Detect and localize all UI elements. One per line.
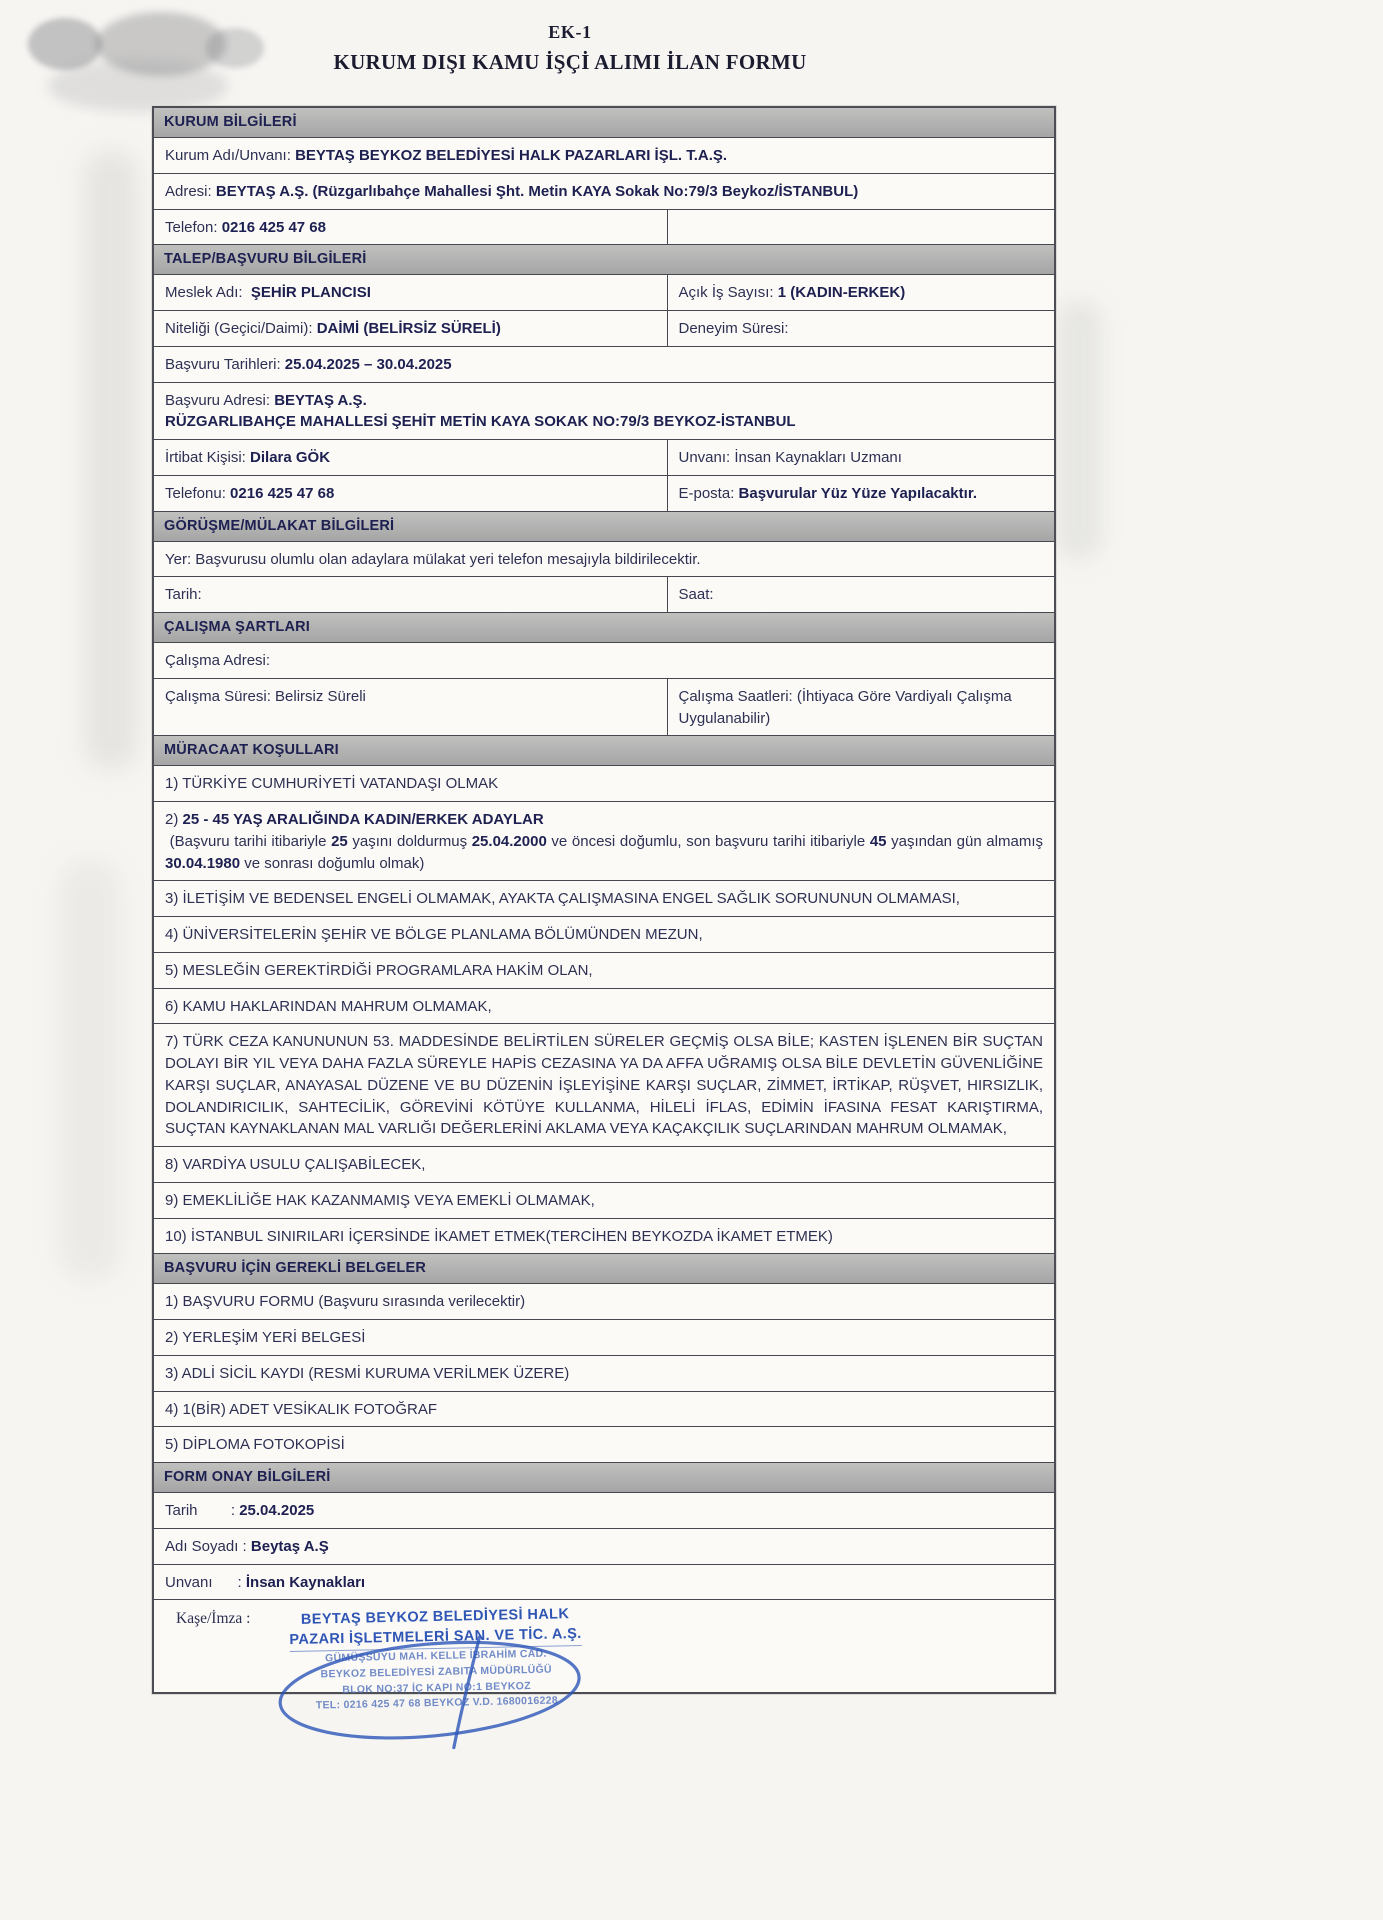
text-segment: ve sonrası doğumlu olmak) [240, 855, 424, 872]
text-segment: Başvurular Yüz Yüze Yapılacaktır. [739, 485, 977, 502]
form-cell: Çalışma Süresi: Belirsiz Süreli [154, 679, 667, 736]
row-calisma-adresi: Çalışma Adresi: [154, 642, 1054, 678]
form-cell: Unvanı: İnsan Kaynakları Uzmanı [667, 440, 1055, 475]
form-cell: 5) MESLEĞİN GEREKTİRDİĞİ PROGRAMLARA HAK… [154, 953, 1054, 988]
form-cell: Adı Soyadı : Beytaş A.Ş [154, 1529, 1054, 1564]
text-segment: İnsan Kaynakları [246, 1574, 365, 1591]
row-telefon: Telefon: 0216 425 47 68 [154, 209, 1054, 245]
form-cell: 4) 1(BİR) ADET VESİKALIK FOTOĞRAF [154, 1392, 1054, 1427]
text-segment: Unvanı : [165, 1574, 246, 1591]
form-cell: Başvuru Tarihleri: 25.04.2025 – 30.04.20… [154, 347, 1054, 382]
text-segment: Telefon: [165, 219, 222, 236]
row-kosul-7: 7) TÜRK CEZA KANUNUNUN 53. MADDESİNDE BE… [154, 1023, 1054, 1146]
text-segment: Telefonu: [165, 485, 230, 502]
row-onay-unvani: Unvanı : İnsan Kaynakları [154, 1564, 1054, 1600]
text-segment: 0216 425 47 68 [222, 219, 326, 236]
form-cell: Yer: Başvurusu olumlu olan adaylara müla… [154, 542, 1054, 577]
scan-artifact [60, 860, 120, 1280]
text-segment: Açık İş Sayısı: [679, 284, 778, 301]
row-kosul-1: 1) TÜRKİYE CUMHURİYETİ VATANDAŞI OLMAK [154, 765, 1054, 801]
header-form-onay: FORM ONAY BİLGİLERİ [154, 1462, 1054, 1492]
form-cell: Tarih : 25.04.2025 [154, 1493, 1054, 1528]
form-cell: TALEP/BAŞVURU BİLGİLERİ [154, 245, 1054, 274]
text-segment: E-posta: [679, 485, 739, 502]
form-cell: İrtibat Kişisi: Dilara GÖK [154, 440, 667, 475]
text-segment: BEYTAŞ BEYKOZ BELEDİYESİ HALK PAZARLARI … [295, 147, 727, 164]
text-segment: ŞEHİR PLANCISI [251, 284, 371, 301]
text-segment: MÜRACAAT KOŞULLARI [164, 742, 339, 758]
row-belge-3: 3) ADLİ SİCİL KAYDI (RESMİ KURUMA VERİLM… [154, 1355, 1054, 1391]
text-segment: 1) TÜRKİYE CUMHURİYETİ VATANDAŞI OLMAK [165, 775, 498, 792]
text-segment: 9) EMEKLİLİĞE HAK KAZANMAMIŞ VEYA EMEKLİ… [165, 1192, 595, 1209]
row-calisma-suresi: Çalışma Süresi: Belirsiz SüreliÇalışma S… [154, 678, 1054, 736]
form-cell: 1) TÜRKİYE CUMHURİYETİ VATANDAŞI OLMAK [154, 766, 1054, 801]
row-belge-4: 4) 1(BİR) ADET VESİKALIK FOTOĞRAF [154, 1391, 1054, 1427]
form-cell: Telefonu: 0216 425 47 68 [154, 476, 667, 511]
company-stamp: BEYTAŞ BEYKOZ BELEDİYESİ HALK PAZARI İŞL… [255, 1605, 617, 1717]
text-segment: 25.04.2025 [239, 1502, 314, 1519]
form-cell: GÖRÜŞME/MÜLAKAT BİLGİLERİ [154, 512, 1054, 541]
row-kosul-3: 3) İLETİŞİM VE BEDENSEL ENGELİ OLMAMAK, … [154, 880, 1054, 916]
text-segment: GÖRÜŞME/MÜLAKAT BİLGİLERİ [164, 518, 394, 534]
text-segment: yaşından gün almamış [887, 833, 1043, 850]
form-cell: Adresi: BEYTAŞ A.Ş. (Rüzgarlıbahçe Mahal… [154, 174, 1054, 209]
header-kurum-bilgileri: KURUM BİLGİLERİ [154, 108, 1054, 137]
text-segment: Meslek Adı: [165, 284, 251, 301]
text-segment: 10) İSTANBUL SINIRILARI İÇERSİNDE İKAMET… [165, 1228, 833, 1245]
form-cell: 4) ÜNİVERSİTELERİN ŞEHİR VE BÖLGE PLANLA… [154, 917, 1054, 952]
row-basvuru-tarihleri: Başvuru Tarihleri: 25.04.2025 – 30.04.20… [154, 346, 1054, 382]
text-segment: 8) VARDİYA USULU ÇALIŞABİLECEK, [165, 1156, 425, 1173]
text-segment: Tarih : [165, 1502, 239, 1519]
text-segment: 1) BAŞVURU FORMU (Başvuru sırasında veri… [165, 1293, 525, 1310]
row-kase-imza: Kaşe/İmza : BEYTAŞ BEYKOZ BELEDİYESİ HAL… [154, 1599, 1054, 1692]
form-cell: Tarih: [154, 577, 667, 612]
form-cell: 9) EMEKLİLİĞE HAK KAZANMAMIŞ VEYA EMEKLİ… [154, 1183, 1054, 1218]
text-segment: Adresi: [165, 183, 216, 200]
form-cell: 6) KAMU HAKLARINDAN MAHRUM OLMAMAK, [154, 989, 1054, 1024]
form-cell: BAŞVURU İÇİN GEREKLİ BELGELER [154, 1254, 1054, 1283]
row-belge-2: 2) YERLEŞİM YERİ BELGESİ [154, 1319, 1054, 1355]
row-belge-5: 5) DİPLOMA FOTOKOPİSİ [154, 1426, 1054, 1462]
scan-artifact [28, 18, 102, 70]
form-table: KURUM BİLGİLERİKurum Adı/Unvanı: BEYTAŞ … [152, 106, 1056, 1694]
text-segment: 45 [870, 833, 887, 850]
header-gerekli-belgeler: BAŞVURU İÇİN GEREKLİ BELGELER [154, 1253, 1054, 1283]
text-segment: 25 [331, 833, 348, 850]
text-segment: 25.04.2000 [472, 833, 547, 850]
form-cell: 2) YERLEŞİM YERİ BELGESİ [154, 1320, 1054, 1355]
text-segment: FORM ONAY BİLGİLERİ [164, 1469, 331, 1485]
form-cell: E-posta: Başvurular Yüz Yüze Yapılacaktı… [667, 476, 1055, 511]
row-yer: Yer: Başvurusu olumlu olan adaylara müla… [154, 541, 1054, 577]
form-cell: Niteliği (Geçici/Daimi): DAİMİ (BELİRSİZ… [154, 311, 667, 346]
header-talep-basvuru: TALEP/BAŞVURU BİLGİLERİ [154, 244, 1054, 274]
text-segment: Niteliği (Geçici/Daimi): [165, 320, 317, 337]
text-segment: Beytaş A.Ş [251, 1538, 329, 1555]
stamp-label: Kaşe/İmza : [176, 1610, 250, 1628]
text-segment: Adı Soyadı : [165, 1538, 251, 1555]
text-segment: 2) [165, 811, 183, 828]
header-calisma-sartlari: ÇALIŞMA ŞARTLARI [154, 612, 1054, 642]
text-segment: BAŞVURU İÇİN GEREKLİ BELGELER [164, 1260, 426, 1276]
row-kosul-8: 8) VARDİYA USULU ÇALIŞABİLECEK, [154, 1146, 1054, 1182]
text-segment: BEYTAŞ A.Ş. (Rüzgarlıbahçe Mahallesi Şht… [216, 183, 858, 200]
text-segment: 7) TÜRK CEZA KANUNUNUN 53. MADDESİNDE BE… [165, 1033, 1043, 1137]
text-segment: 6) KAMU HAKLARINDAN MAHRUM OLMAMAK, [165, 998, 492, 1015]
text-segment: ve öncesi doğumlu, son başvuru tarihi it… [547, 833, 870, 850]
form-cell: 10) İSTANBUL SINIRILARI İÇERSİNDE İKAMET… [154, 1219, 1054, 1254]
row-telefonu: Telefonu: 0216 425 47 68E-posta: Başvuru… [154, 475, 1054, 511]
row-kosul-4: 4) ÜNİVERSİTELERİN ŞEHİR VE BÖLGE PLANLA… [154, 916, 1054, 952]
row-kosul-10: 10) İSTANBUL SINIRILARI İÇERSİNDE İKAMET… [154, 1218, 1054, 1254]
form-cell: Saat: [667, 577, 1055, 612]
form-cell: 8) VARDİYA USULU ÇALIŞABİLECEK, [154, 1147, 1054, 1182]
header-gorusme-mulakat: GÖRÜŞME/MÜLAKAT BİLGİLERİ [154, 511, 1054, 541]
row-kosul-6: 6) KAMU HAKLARINDAN MAHRUM OLMAMAK, [154, 988, 1054, 1024]
form-cell: ÇALIŞMA ŞARTLARI [154, 613, 1054, 642]
text-segment: DAİMİ (BELİRSİZ SÜRELİ) [317, 320, 501, 337]
text-segment: Deneyim Süresi: [679, 320, 789, 337]
text-segment: Dilara GÖK [250, 449, 330, 466]
row-tarih-saat: Tarih:Saat: [154, 576, 1054, 612]
text-segment: Yer: Başvurusu olumlu olan adaylara müla… [165, 551, 701, 568]
text-segment: Tarih: [165, 586, 202, 603]
row-kurum-adi: Kurum Adı/Unvanı: BEYTAŞ BEYKOZ BELEDİYE… [154, 137, 1054, 173]
form-cell: KURUM BİLGİLERİ [154, 108, 1054, 137]
form-tag: EK-1 [105, 22, 1035, 43]
row-kosul-9: 9) EMEKLİLİĞE HAK KAZANMAMIŞ VEYA EMEKLİ… [154, 1182, 1054, 1218]
row-kosul-2: 2) 25 - 45 YAŞ ARALIĞINDA KADIN/ERKEK AD… [154, 801, 1054, 880]
text-segment: Saat: [679, 586, 714, 603]
form-cell: 3) ADLİ SİCİL KAYDI (RESMİ KURUMA VERİLM… [154, 1356, 1054, 1391]
scan-artifact [84, 150, 138, 770]
text-segment: TALEP/BAŞVURU BİLGİLERİ [164, 251, 367, 267]
form-cell: MÜRACAAT KOŞULLARI [154, 736, 1054, 765]
header-muracaat-kosullari: MÜRACAAT KOŞULLARI [154, 735, 1054, 765]
text-segment: 5) DİPLOMA FOTOKOPİSİ [165, 1436, 345, 1453]
form-cell: 7) TÜRK CEZA KANUNUNUN 53. MADDESİNDE BE… [154, 1024, 1054, 1146]
form-cell [667, 210, 1055, 245]
text-segment: Çalışma Süresi: Belirsiz Süreli [165, 688, 366, 705]
text-segment: (Başvuru tarihi itibariyle [165, 833, 331, 850]
row-basvuru-adresi: Başvuru Adresi: BEYTAŞ A.Ş.RÜZGARLIBAHÇE… [154, 382, 1054, 440]
form-cell: Açık İş Sayısı: 1 (KADIN-ERKEK) [667, 275, 1055, 310]
text-segment: 4) 1(BİR) ADET VESİKALIK FOTOĞRAF [165, 1401, 437, 1418]
form-cell: Çalışma Adresi: [154, 643, 1054, 678]
text-segment: BEYTAŞ A.Ş. [274, 392, 367, 409]
text-segment: 4) ÜNİVERSİTELERİN ŞEHİR VE BÖLGE PLANLA… [165, 926, 703, 943]
text-segment: Başvuru Tarihleri: [165, 356, 285, 373]
form-cell: Meslek Adı: ŞEHİR PLANCISI [154, 275, 667, 310]
row-onay-tarih: Tarih : 25.04.2025 [154, 1492, 1054, 1528]
form-cell: 5) DİPLOMA FOTOKOPİSİ [154, 1427, 1054, 1462]
text-segment: yaşını doldurmuş [348, 833, 472, 850]
text-segment: ÇALIŞMA ŞARTLARI [164, 619, 310, 635]
text-segment: Başvuru Adresi: [165, 392, 274, 409]
text-segment: 25.04.2025 – 30.04.2025 [285, 356, 452, 373]
text-segment: Çalışma Saatleri: (İhtiyaca Göre Vardiya… [679, 688, 1012, 727]
text-segment: RÜZGARLIBAHÇE MAHALLESİ ŞEHİT METİN KAYA… [165, 413, 796, 430]
row-kosul-5: 5) MESLEĞİN GEREKTİRDİĞİ PROGRAMLARA HAK… [154, 952, 1054, 988]
scan-artifact [1056, 300, 1102, 560]
text-segment: 1 (KADIN-ERKEK) [778, 284, 906, 301]
form-cell: 2) 25 - 45 YAŞ ARALIĞINDA KADIN/ERKEK AD… [154, 802, 1054, 880]
text-segment: 3) ADLİ SİCİL KAYDI (RESMİ KURUMA VERİLM… [165, 1365, 569, 1382]
page-title: KURUM DIŞI KAMU İŞÇİ ALIMI İLAN FORMU [105, 50, 1035, 75]
text-segment: 5) MESLEĞİN GEREKTİRDİĞİ PROGRAMLARA HAK… [165, 962, 593, 979]
row-onay-adi-soyadi: Adı Soyadı : Beytaş A.Ş [154, 1528, 1054, 1564]
form-cell: Unvanı : İnsan Kaynakları [154, 1565, 1054, 1600]
form-cell: Telefon: 0216 425 47 68 [154, 210, 667, 245]
text-segment: 30.04.1980 [165, 855, 240, 872]
text-segment: Çalışma Adresi: [165, 652, 270, 669]
text-segment: 25 - 45 YAŞ ARALIĞINDA KADIN/ERKEK ADAYL… [183, 811, 544, 828]
form-cell: Kurum Adı/Unvanı: BEYTAŞ BEYKOZ BELEDİYE… [154, 138, 1054, 173]
page-header: EK-1 KURUM DIŞI KAMU İŞÇİ ALIMI İLAN FOR… [105, 22, 1035, 75]
form-rows: KURUM BİLGİLERİKurum Adı/Unvanı: BEYTAŞ … [154, 108, 1054, 1599]
row-niteligi: Niteliği (Geçici/Daimi): DAİMİ (BELİRSİZ… [154, 310, 1054, 346]
text-segment: Unvanı: İnsan Kaynakları Uzmanı [679, 449, 902, 466]
form-cell: FORM ONAY BİLGİLERİ [154, 1463, 1054, 1492]
row-adresi: Adresi: BEYTAŞ A.Ş. (Rüzgarlıbahçe Mahal… [154, 173, 1054, 209]
row-belge-1: 1) BAŞVURU FORMU (Başvuru sırasında veri… [154, 1283, 1054, 1319]
row-meslek-adi: Meslek Adı: ŞEHİR PLANCISIAçık İş Sayısı… [154, 274, 1054, 310]
text-segment: 2) YERLEŞİM YERİ BELGESİ [165, 1329, 365, 1346]
scanned-form-page: { "page": { "tag": "EK-1", "title": "KUR… [0, 0, 1383, 1920]
text-segment: İrtibat Kişisi: [165, 449, 250, 466]
text-segment: 3) İLETİŞİM VE BEDENSEL ENGELİ OLMAMAK, … [165, 890, 960, 907]
row-irtibat-kisisi: İrtibat Kişisi: Dilara GÖKUnvanı: İnsan … [154, 439, 1054, 475]
text-segment: 0216 425 47 68 [230, 485, 334, 502]
form-cell: 1) BAŞVURU FORMU (Başvuru sırasında veri… [154, 1284, 1054, 1319]
form-cell: Deneyim Süresi: [667, 311, 1055, 346]
form-cell: Çalışma Saatleri: (İhtiyaca Göre Vardiya… [667, 679, 1055, 736]
form-cell: Başvuru Adresi: BEYTAŞ A.Ş.RÜZGARLIBAHÇE… [154, 383, 1054, 440]
text-segment: KURUM BİLGİLERİ [164, 114, 297, 130]
text-segment: Kurum Adı/Unvanı: [165, 147, 295, 164]
form-cell: 3) İLETİŞİM VE BEDENSEL ENGELİ OLMAMAK, … [154, 881, 1054, 916]
